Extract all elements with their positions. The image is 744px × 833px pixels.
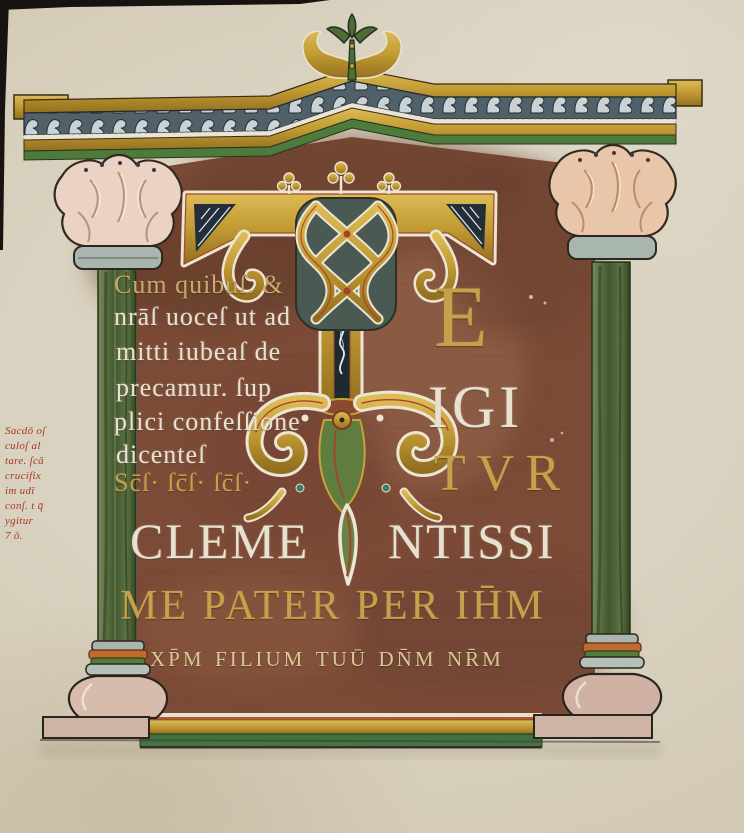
prayer-line-3: mitti iubeaſ de	[116, 339, 281, 365]
right-capital	[549, 145, 675, 247]
display-letter-e: E	[434, 274, 488, 362]
ground-shadow	[40, 742, 660, 758]
left-capital	[55, 155, 182, 257]
gloss-line: Sacdō oſ	[5, 424, 77, 439]
display-igi: IGI	[428, 377, 523, 437]
marginal-gloss: Sacdō oſ culoſ al tare. ſcā crucifix i…	[5, 424, 77, 544]
display-ntissi: NTISSI	[388, 516, 556, 566]
gloss-line: im udī	[5, 484, 77, 499]
gloss-line: conſ. t q̄	[5, 499, 77, 514]
gloss-line: culoſ al	[5, 439, 77, 454]
gloss-line: crucifix	[5, 469, 77, 484]
display-pater-line: ME PATER PER IH̄M	[120, 585, 546, 627]
illumination-artwork	[0, 0, 744, 833]
manuscript-page: Sacdō oſ culoſ al tare. ſcā crucifix i…	[0, 0, 744, 833]
sanctus-line: Sc̄ſ· ſc̄ſ· ſc̄ſ·	[114, 470, 252, 496]
gloss-line: 7 ō.	[5, 529, 77, 544]
prayer-line-2: nrāſ uoceſ ut ad	[114, 304, 291, 330]
display-tvr: TVR	[434, 448, 571, 500]
ground-line	[40, 740, 660, 742]
prayer-line-5: plici confeſſione	[114, 409, 301, 435]
prayer-line-4: precamur. ſup	[116, 375, 272, 401]
t-interlace-knot	[296, 198, 396, 330]
display-filium-line: xp̄m filium tuū dn̄m nr̄m	[150, 642, 504, 672]
right-abacus	[568, 236, 656, 259]
gable-finial	[303, 14, 402, 80]
prayer-line-6: dicenteſ	[116, 442, 206, 468]
right-column-shaft	[592, 262, 630, 638]
gloss-line: ygitur	[5, 514, 77, 529]
gloss-line: tare. ſcā	[5, 454, 77, 469]
display-cleme: CLEME	[130, 516, 309, 566]
prayer-line-1: Cum quibuſ. &	[114, 272, 284, 298]
